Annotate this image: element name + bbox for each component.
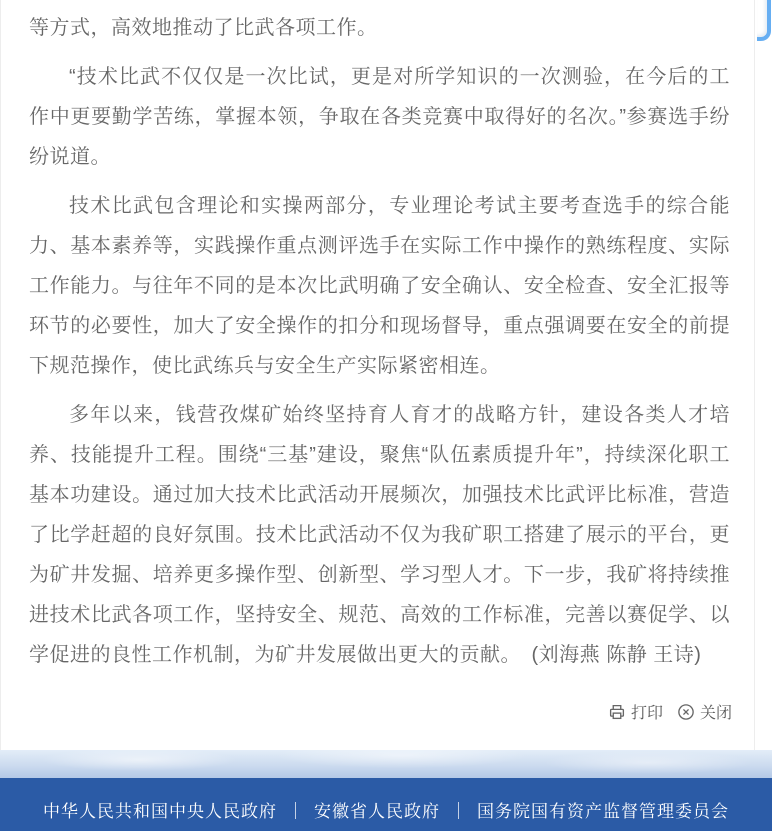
article-paragraph: “技术比武不仅仅是一次比试，更是对所学知识的一次测验，在今后的工作中更要勤学苦练… xyxy=(29,57,730,177)
article-actions: 打印 关闭 xyxy=(608,700,732,723)
print-button[interactable]: 打印 xyxy=(608,700,663,723)
article-paragraph: 技术比武包含理论和实操两部分，专业理论考试主要考查选手的综合能力、基本素养等，实… xyxy=(29,186,730,386)
close-button[interactable]: 关闭 xyxy=(677,700,732,723)
footer-separator: ｜ xyxy=(450,797,467,822)
page: 等方式，高效地推动了比武各项工作。 “技术比武不仅仅是一次比试，更是对所学知识的… xyxy=(0,0,772,831)
article-body: 等方式，高效地推动了比武各项工作。 “技术比武不仅仅是一次比试，更是对所学知识的… xyxy=(1,0,754,675)
footer-link-sasac[interactable]: 国务院国有资产监督管理委员会 xyxy=(477,797,729,822)
scrollbar-thumb[interactable] xyxy=(757,0,771,41)
printer-icon xyxy=(608,703,626,721)
footer-link-anhui-government[interactable]: 安徽省人民政府 xyxy=(314,797,440,822)
close-label: 关闭 xyxy=(700,700,732,723)
close-circle-icon xyxy=(677,703,695,721)
footer-separator: ｜ xyxy=(287,797,304,822)
print-label: 打印 xyxy=(631,700,663,723)
footer-link-central-government[interactable]: 中华人民共和国中央人民政府 xyxy=(43,797,277,822)
footer: 中华人民共和国中央人民政府 ｜ 安徽省人民政府 ｜ 国务院国有资产监督管理委员会 xyxy=(0,778,772,831)
sky-band xyxy=(0,750,772,778)
content-area: 等方式，高效地推动了比武各项工作。 “技术比武不仅仅是一次比试，更是对所学知识的… xyxy=(0,0,755,750)
article-paragraph: 等方式，高效地推动了比武各项工作。 xyxy=(29,8,730,48)
article-paragraph: 多年以来，钱营孜煤矿始终坚持育人育才的战略方针，建设各类人才培养、技能提升工程。… xyxy=(29,395,730,675)
